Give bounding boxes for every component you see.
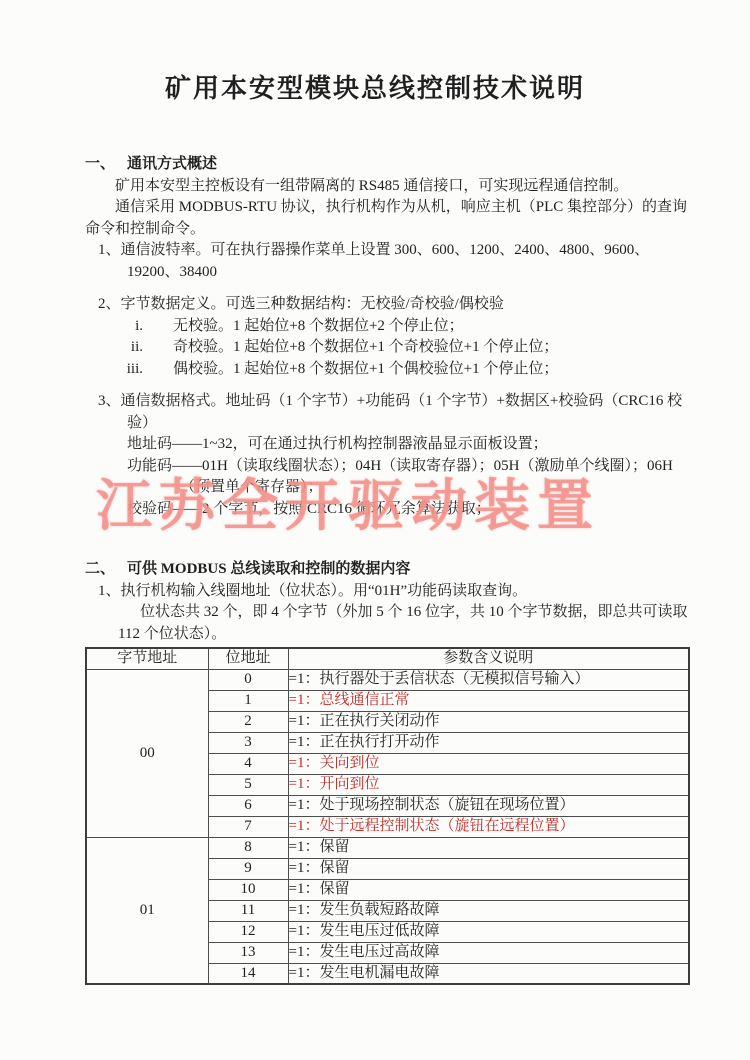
parameter-description-cell: =1：执行器处于丢信状态（无模拟信号输入）	[288, 669, 689, 690]
table-header-row: 字节地址 位地址 参数含义说明	[86, 648, 689, 669]
data-format-sublist: 地址码——1~32，可在通过执行机构控制器液晶显示面板设置； 功能码——01H（…	[127, 434, 688, 520]
parameter-description-cell: =1：处于远程控制状态（旋钮在远程位置）	[288, 816, 689, 837]
section-2-list: 1、执行机构输入线圈地址（位状态）。用“01H”功能码读取查询。 位状态共 32…	[98, 581, 688, 646]
section-1-list: 1、通信波特率。可在执行器操作菜单上设置 300、600、1200、2400、4…	[98, 240, 688, 520]
roman-label: iii.	[98, 359, 143, 381]
list-item-byte-definition: 2、字节数据定义。可选三种数据结构：无校验/奇校验/偶校验	[98, 294, 688, 316]
byte-address-cell: 01	[86, 837, 208, 984]
parameter-description-cell: =1：发生电压过低故障	[288, 921, 689, 942]
parameter-description-cell: =1：开向到位	[288, 774, 689, 795]
section-1-paragraph-1: 矿用本安型主控板设有一组带隔离的 RS485 通信接口，可实现远程通信控制。	[85, 176, 688, 198]
roman-item-even-parity: iii. 偶校验。1 起始位+8 个数据位+1 个偶校验位+1 个停止位；	[98, 359, 688, 381]
section-2-title: 可供 MODBUS 总线读取和控制的数据内容	[127, 559, 410, 581]
parameter-description-cell: =1：正在执行打开动作	[288, 732, 689, 753]
parameter-description-cell: =1：保留	[288, 858, 689, 879]
section-1-number: 一、	[85, 154, 127, 176]
roman-label: ii.	[98, 337, 143, 359]
bit-address-cell: 14	[208, 963, 288, 984]
parameter-description-cell: =1：关向到位	[288, 753, 689, 774]
header-bit-address: 位地址	[208, 648, 288, 669]
bit-address-cell: 3	[208, 732, 288, 753]
section-2-number: 二、	[85, 559, 127, 581]
bit-status-table: 字节地址 位地址 参数含义说明 000=1：执行器处于丢信状态（无模拟信号输入）…	[85, 647, 690, 985]
table-row: 000=1：执行器处于丢信状态（无模拟信号输入）	[86, 669, 689, 690]
subline-address-code: 地址码——1~32，可在通过执行机构控制器液晶显示面板设置；	[127, 434, 688, 456]
page-title: 矿用本安型模块总线控制技术说明	[0, 0, 750, 106]
bit-address-cell: 5	[208, 774, 288, 795]
bit-status-paragraph: 位状态共 32 个，即 4 个字节（外加 5 个 16 位字，共 10 个字节数…	[118, 602, 688, 645]
parameter-description-cell: =1：发生电压过高故障	[288, 942, 689, 963]
bit-address-cell: 10	[208, 879, 288, 900]
bit-address-cell: 11	[208, 900, 288, 921]
roman-text: 无校验。1 起始位+8 个数据位+2 个停止位；	[143, 316, 464, 338]
bit-address-cell: 1	[208, 690, 288, 711]
parameter-description-cell: =1：保留	[288, 879, 689, 900]
list-item-coil-address: 1、执行机构输入线圈地址（位状态）。用“01H”功能码读取查询。	[98, 581, 688, 603]
list-item-baudrate: 1、通信波特率。可在执行器操作菜单上设置 300、600、1200、2400、4…	[98, 240, 688, 283]
bit-address-cell: 7	[208, 816, 288, 837]
roman-text: 奇校验。1 起始位+8 个数据位+1 个奇校验位+1 个停止位；	[143, 337, 558, 359]
parameter-description-cell: =1：正在执行关闭动作	[288, 711, 689, 732]
header-byte-address: 字节地址	[86, 648, 208, 669]
section-2-heading: 二、 可供 MODBUS 总线读取和控制的数据内容	[85, 559, 688, 581]
list-item-data-format: 3、通信数据格式。地址码（1 个字节）+功能码（1 个字节）+数据区+校验码（C…	[98, 391, 688, 434]
parameter-description-cell: =1：总线通信正常	[288, 690, 689, 711]
bit-address-cell: 12	[208, 921, 288, 942]
table-body: 000=1：执行器处于丢信状态（无模拟信号输入）1=1：总线通信正常2=1：正在…	[86, 669, 689, 984]
bit-address-cell: 0	[208, 669, 288, 690]
bit-address-cell: 9	[208, 858, 288, 879]
parameter-description-cell: =1：发生负载短路故障	[288, 900, 689, 921]
section-1-title: 通讯方式概述	[127, 154, 217, 176]
bit-address-cell: 6	[208, 795, 288, 816]
subline-function-code: 功能码——01H（读取线圈状态）；04H（读取寄存器）；05H（激励单个线圈）；…	[127, 456, 688, 499]
document-body: 矿用本安型模块总线控制技术说明 一、 通讯方式概述 矿用本安型主控板设有一组带隔…	[0, 0, 750, 985]
bit-address-cell: 4	[208, 753, 288, 774]
document-page: 江苏全开驱动装置 矿用本安型模块总线控制技术说明 一、 通讯方式概述 矿用本安型…	[0, 0, 750, 1060]
header-parameter-description: 参数含义说明	[288, 648, 689, 669]
bit-address-cell: 13	[208, 942, 288, 963]
parameter-description-cell: =1：处于现场控制状态（旋钮在现场位置）	[288, 795, 689, 816]
roman-item-odd-parity: ii. 奇校验。1 起始位+8 个数据位+1 个奇校验位+1 个停止位；	[98, 337, 688, 359]
roman-label: i.	[98, 316, 143, 338]
bit-address-cell: 8	[208, 837, 288, 858]
bit-address-cell: 2	[208, 711, 288, 732]
byte-address-cell: 00	[86, 669, 208, 837]
roman-item-no-parity: i. 无校验。1 起始位+8 个数据位+2 个停止位；	[98, 316, 688, 338]
subline-check-code: 校验码——2 个字节，按照 CRC16 循环冗余算法获取；	[127, 499, 688, 521]
parameter-description-cell: =1：保留	[288, 837, 689, 858]
content-block: 一、 通讯方式概述 矿用本安型主控板设有一组带隔离的 RS485 通信接口，可实…	[85, 154, 688, 985]
section-1-paragraph-2: 通信采用 MODBUS-RTU 协议，执行机构作为从机，响应主机（PLC 集控部…	[85, 197, 688, 240]
parameter-description-cell: =1：发生电机漏电故障	[288, 963, 689, 984]
table-row: 018=1：保留	[86, 837, 689, 858]
section-1-heading: 一、 通讯方式概述	[85, 154, 688, 176]
roman-text: 偶校验。1 起始位+8 个数据位+1 个偶校验位+1 个停止位；	[143, 359, 558, 381]
